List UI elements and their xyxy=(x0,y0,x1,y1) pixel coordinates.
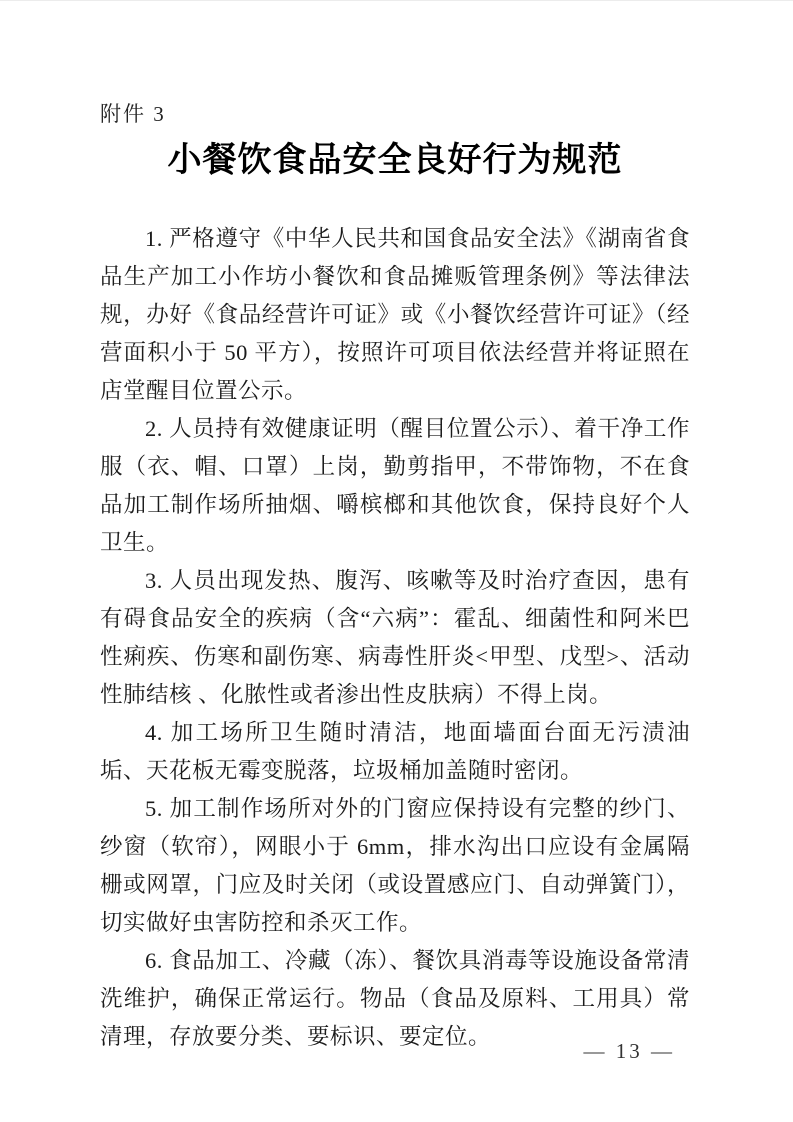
document-page: 附件 3 小餐饮食品安全良好行为规范 1. 严格遵守《中华人民共和国食品安全法》… xyxy=(0,0,793,1122)
page-number: — 13 — xyxy=(584,1037,676,1065)
attachment-label: 附件 3 xyxy=(100,100,690,128)
body-paragraph-1: 1. 严格遵守《中华人民共和国食品安全法》《湖南省食品生产加工小作坊小餐饮和食品… xyxy=(100,220,690,410)
document-title: 小餐饮食品安全良好行为规范 xyxy=(100,140,690,182)
document-content: 附件 3 小餐饮食品安全良好行为规范 1. 严格遵守《中华人民共和国食品安全法》… xyxy=(0,1,793,1056)
body-paragraph-3: 3. 人员出现发热、腹泻、咳嗽等及时治疗查因，患有有碍食品安全的疾病（含“六病”… xyxy=(100,562,690,714)
body-paragraph-5: 5. 加工制作场所对外的门窗应保持设有完整的纱门、纱窗（软帘），网眼小于 6mm… xyxy=(100,790,690,942)
body-paragraph-4: 4. 加工场所卫生随时清洁，地面墙面台面无污渍油垢、天花板无霉变脱落，垃圾桶加盖… xyxy=(100,714,690,790)
body-paragraph-2: 2. 人员持有效健康证明（醒目位置公示）、着干净工作服（衣、帽、口罩）上岗，勤剪… xyxy=(100,410,690,562)
document-body: 1. 严格遵守《中华人民共和国食品安全法》《湖南省食品生产加工小作坊小餐饮和食品… xyxy=(100,220,690,1056)
